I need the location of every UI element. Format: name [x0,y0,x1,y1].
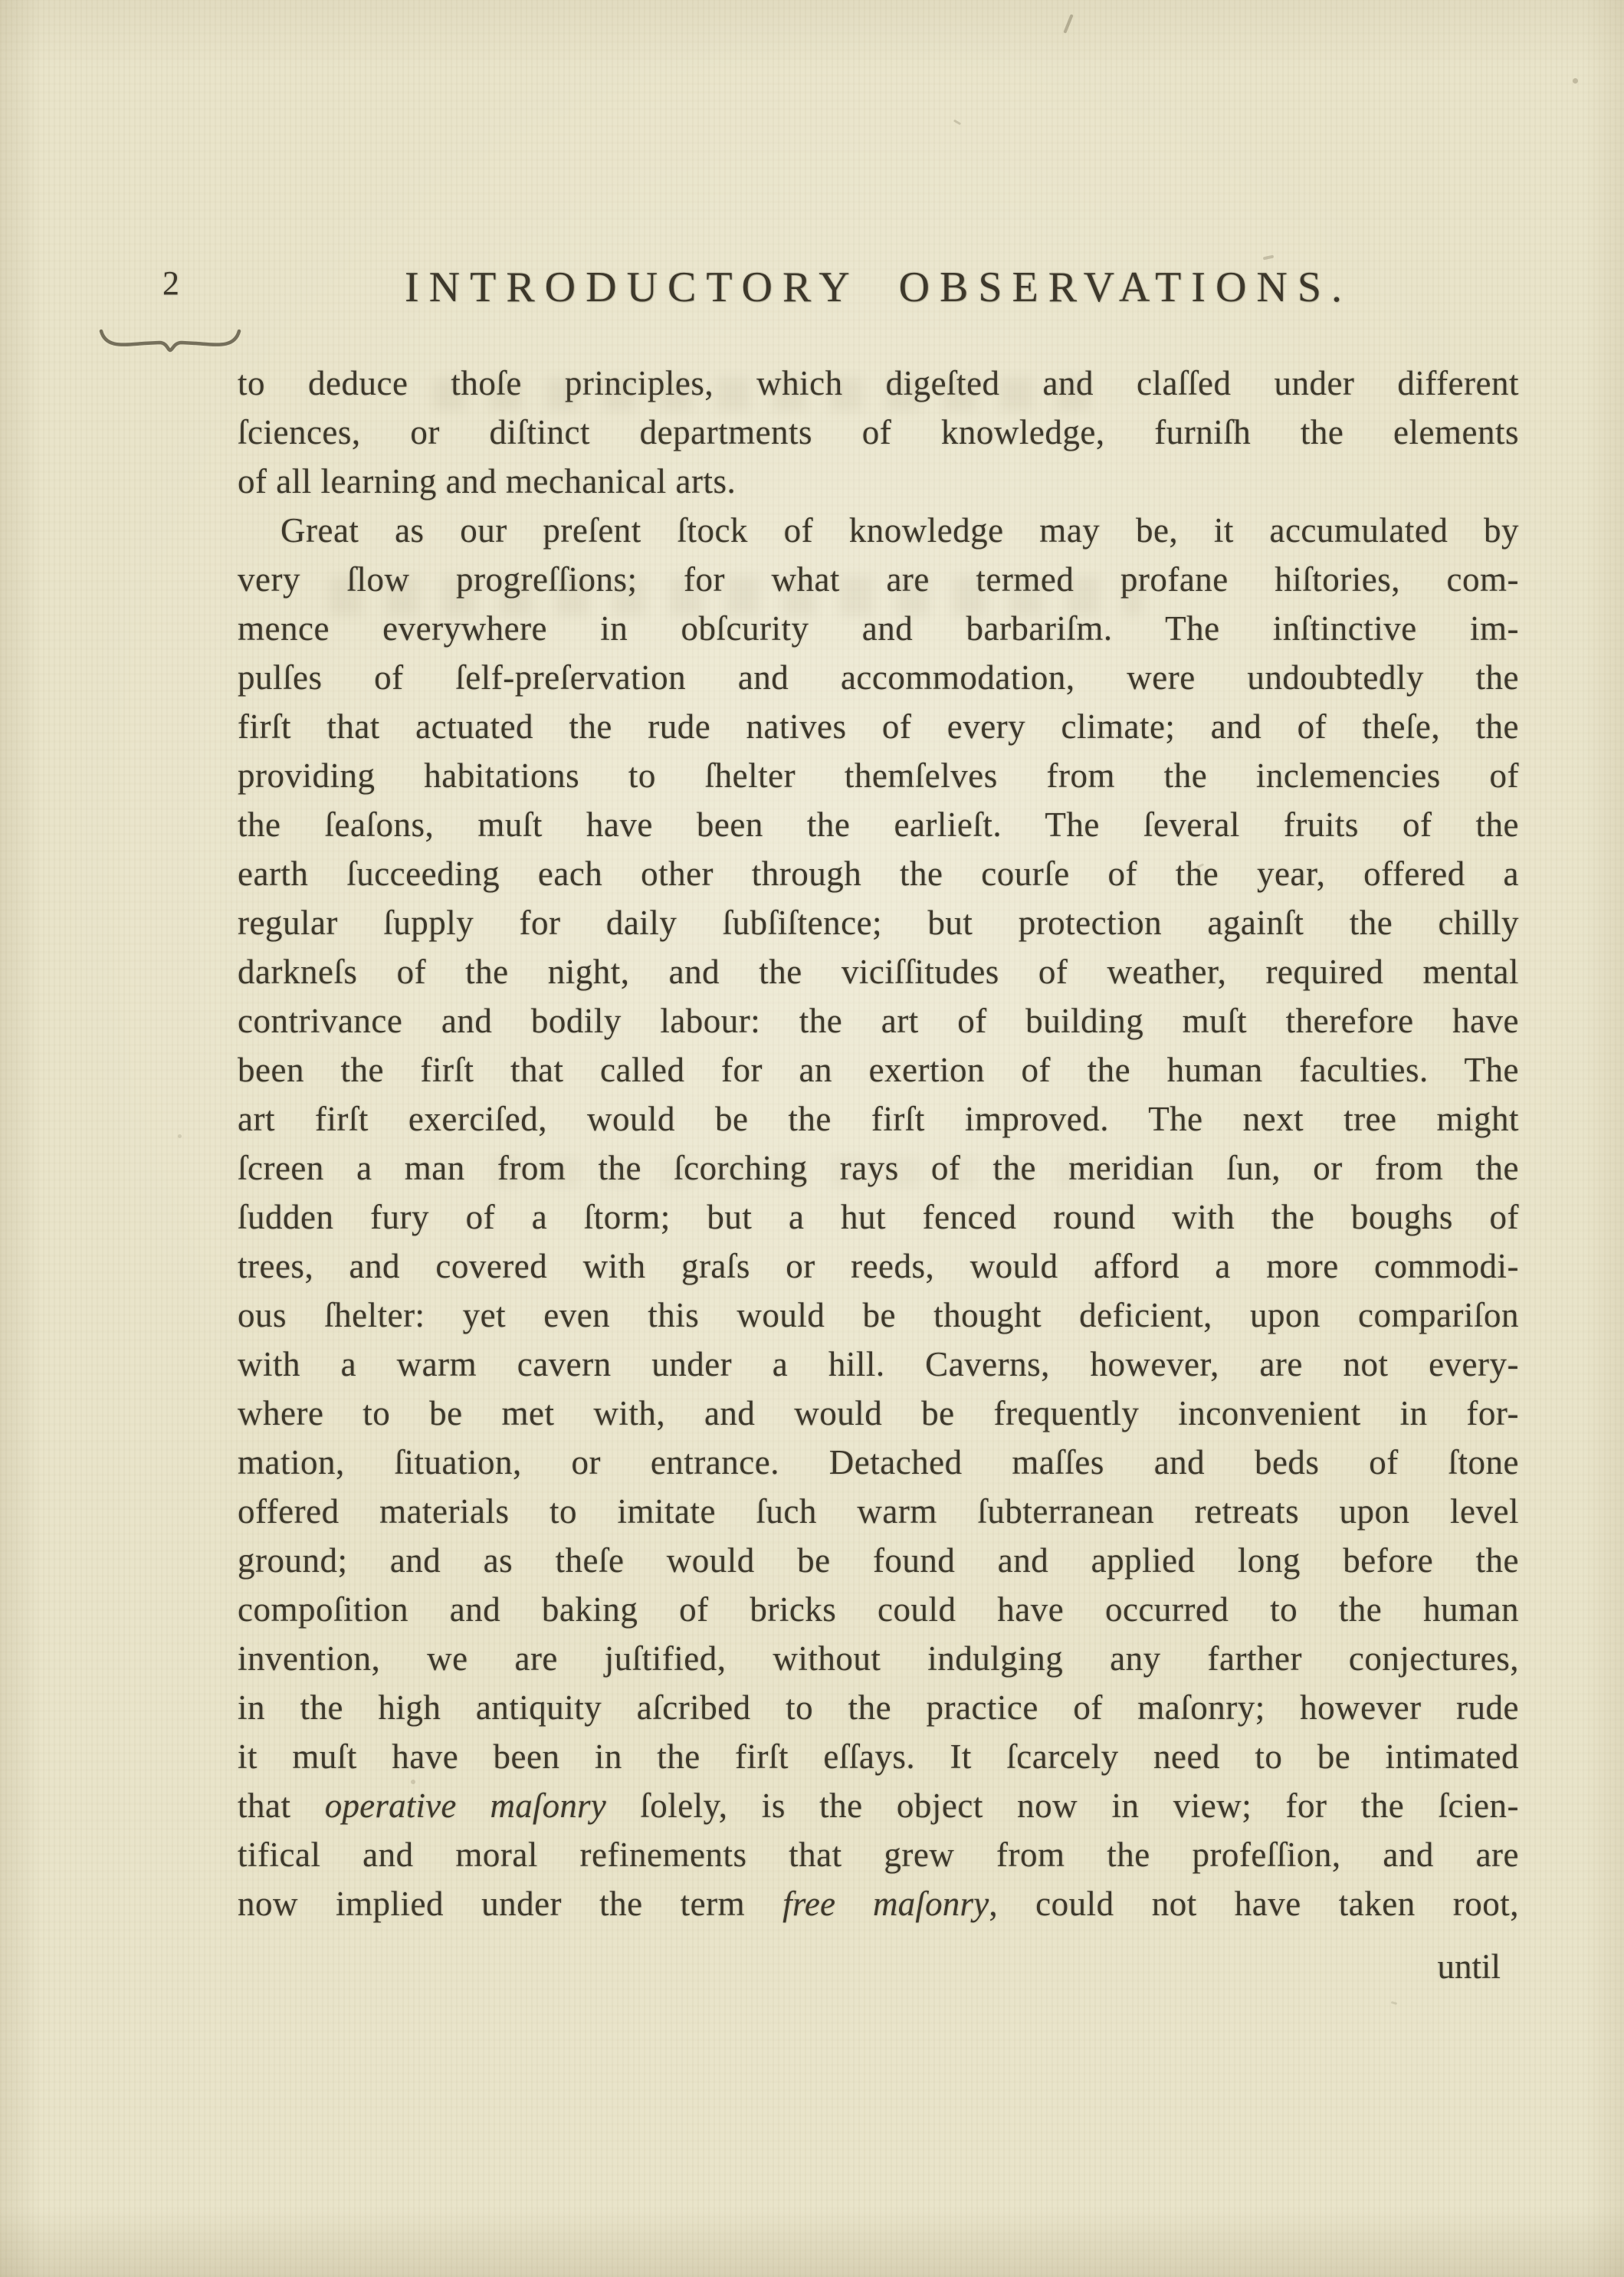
text-segment: trees, and covered with graſs or reeds, … [238,1247,1519,1285]
text-segment: in the high antiquity aſcribed to the pr… [238,1688,1519,1727]
text-segment: compoſition and baking of bricks could h… [238,1590,1519,1629]
text-segment: to deduce thoſe principles, which digeſt… [238,364,1519,402]
body-line: with a warm cavern under a hill. Caverns… [238,1340,1519,1389]
body-line: ground; and as theſe would be found and … [238,1536,1519,1585]
body-line: Great as our preſent ſtock of knowledge … [238,506,1519,555]
body-line: invention, we are juſtified, without ind… [238,1634,1519,1683]
body-line: mence everywhere in obſcurity and barbar… [238,604,1519,653]
body-line: providing habitations to ſhelter themſel… [238,751,1519,800]
text-segment: ous ſhelter: yet even this would be thou… [238,1296,1519,1334]
running-head-title: INTRODUCTORY OBSERVATIONS. [238,262,1519,313]
body-line: contrivance and bodily labour: the art o… [238,996,1519,1045]
body-line: the ſeaſons, muſt have been the earlieſt… [238,800,1519,849]
text-segment: the ſeaſons, muſt have been the earlieſt… [238,805,1519,844]
text-segment: ſcreen a man from the ſcorching rays of … [238,1149,1519,1187]
text-segment: tifical and moral refinements that grew … [238,1836,1519,1874]
body-text: to deduce thoſe principles, which digeſt… [238,359,1519,1928]
text-segment: of all learning and mechanical arts. [238,462,736,500]
body-line: regular ſupply for daily ſubſiſtence; bu… [238,898,1519,947]
body-line: art firſt exerciſed, would be the firſt … [238,1094,1519,1143]
body-line: mation, ſituation, or entrance. Detached… [238,1438,1519,1487]
paper-speck [1391,2001,1398,2005]
paper-speck [1263,255,1275,261]
body-line: darkneſs of the night, and the viciſſitu… [238,947,1519,996]
text-segment: ſolely, is the object now in view; for t… [606,1786,1519,1825]
text-segment: now implied under the term [238,1885,782,1923]
text-segment: art firſt exerciſed, would be the firſt … [238,1100,1519,1138]
body-line: offered materials to imitate ſuch warm ſ… [238,1487,1519,1536]
body-line: now implied under the term free maſonry,… [238,1879,1519,1928]
body-line: ſciences, or diſtinct departments of kno… [238,408,1519,457]
text-segment: pulſes of ſelf-preſervation and accommod… [238,658,1519,697]
text-segment: earth ſucceeding each other through the … [238,855,1519,893]
body-line: tifical and moral refinements that grew … [238,1830,1519,1879]
text-segment: it muſt have been in the firſt eſſays. I… [238,1737,1519,1776]
signature-brace-mark [97,325,244,360]
text-segment: offered materials to imitate ſuch warm ſ… [238,1492,1519,1531]
text-segment: mence everywhere in obſcurity and barbar… [238,609,1519,648]
text-segment: ſudden fury of a ſtorm; but a hut fenced… [238,1198,1519,1236]
body-line: very ſlow progreſſions; for what are ter… [238,555,1519,604]
text-segment: very ſlow progreſſions; for what are ter… [238,560,1519,599]
page-number: 2 [162,267,181,300]
book-page-scan: 2 INTRODUCTORY OBSERVATIONS. to deduce t… [0,0,1624,2277]
text-segment: providing habitations to ſhelter themſel… [238,756,1519,795]
italic-phrase: operative maſonry [325,1786,606,1825]
body-line: of all learning and mechanical arts. [238,457,1519,506]
paper-speck [953,120,961,126]
text-segment: darkneſs of the night, and the viciſſitu… [238,953,1519,991]
text-segment: , could not have taken root, [989,1885,1519,1923]
italic-phrase: free maſonry [782,1885,989,1923]
body-line: ſcreen a man from the ſcorching rays of … [238,1143,1519,1193]
text-segment: ſciences, or diſtinct departments of kno… [238,413,1519,451]
text-segment: with a warm cavern under a hill. Caverns… [238,1345,1519,1383]
body-line: pulſes of ſelf-preſervation and accommod… [238,653,1519,702]
body-line: earth ſucceeding each other through the … [238,849,1519,898]
paper-speck [1063,14,1073,34]
body-line: in the high antiquity aſcribed to the pr… [238,1683,1519,1732]
text-segment: where to be met with, and would be frequ… [238,1394,1519,1432]
paper-speck [1573,78,1578,84]
body-line: ous ſhelter: yet even this would be thou… [238,1291,1519,1340]
body-line: that operative maſonry ſolely, is the ob… [238,1781,1519,1830]
text-segment: that [238,1786,325,1825]
body-line: trees, and covered with graſs or reeds, … [238,1242,1519,1291]
text-segment: regular ſupply for daily ſubſiſtence; bu… [238,904,1519,942]
text-segment: ground; and as theſe would be found and … [238,1541,1519,1580]
catchword: until [238,1942,1501,1991]
body-line: compoſition and baking of bricks could h… [238,1585,1519,1634]
paper-speck [178,1134,182,1138]
body-line: been the firſt that called for an exerti… [238,1045,1519,1094]
text-segment: been the firſt that called for an exerti… [238,1051,1519,1089]
body-line: ſudden fury of a ſtorm; but a hut fenced… [238,1193,1519,1242]
text-segment: firſt that actuated the rude natives of … [238,707,1519,746]
body-line: firſt that actuated the rude natives of … [238,702,1519,751]
text-segment: mation, ſituation, or entrance. Detached… [238,1443,1519,1481]
body-line: to deduce thoſe principles, which digeſt… [238,359,1519,408]
text-segment: contrivance and bodily labour: the art o… [238,1002,1519,1040]
body-line: it muſt have been in the firſt eſſays. I… [238,1732,1519,1781]
text-segment: invention, we are juſtified, without ind… [238,1639,1519,1678]
text-segment: Great as our preſent ſtock of knowledge … [281,511,1519,550]
body-line: where to be met with, and would be frequ… [238,1389,1519,1438]
